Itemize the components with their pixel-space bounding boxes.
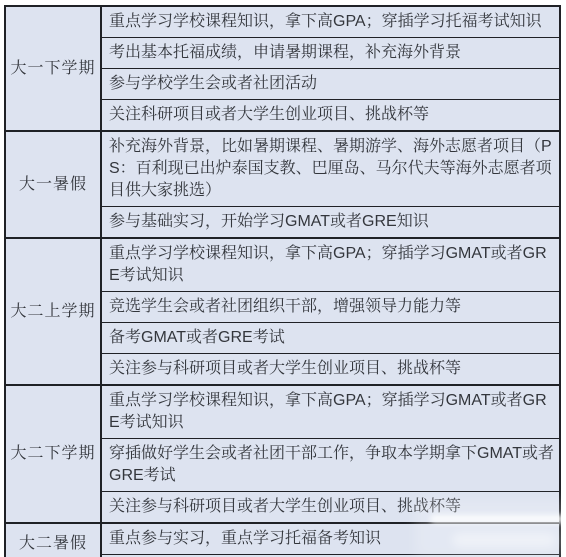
task-cell: 重点参与实习，重点学习托福备考知识 bbox=[101, 523, 560, 555]
period-label: 大二上学期 bbox=[5, 238, 101, 385]
period-label: 大二下学期 bbox=[5, 385, 101, 523]
task-cell: 竞选学生会或者社团组织干部，增强领导力能力等 bbox=[101, 292, 560, 323]
task-cell: 参与基础实习，开始学习GMAT或者GRE知识 bbox=[101, 207, 560, 239]
task-cell: 重点学习学校课程知识，拿下高GPA；穿插学习GMAT或者GRE考试知识 bbox=[101, 385, 560, 439]
task-cell: 关注参与科研项目或者大学生创业项目、挑战杯等 bbox=[101, 492, 560, 524]
period-label: 大一暑假 bbox=[5, 131, 101, 238]
task-cell: 重点学习学校课程知识，拿下高GPA；穿插学习GMAT或者GRE考试知识 bbox=[101, 238, 560, 292]
task-cell: 补充海外背景，比如暑期课程、暑期游学、海外志愿者项目（PS：百利现已出炉泰国支教… bbox=[101, 131, 560, 207]
period-label: 大一下学期 bbox=[5, 6, 101, 131]
task-cell: 参与学校学生会或者社团活动 bbox=[101, 69, 560, 100]
table-row: 大二暑假重点参与实习，重点学习托福备考知识 bbox=[5, 523, 560, 555]
study-plan-table: 大一下学期重点学习学校课程知识，拿下高GPA；穿插学习托福考试知识考出基本托福成… bbox=[4, 5, 561, 557]
page: { "colors": { "cell_bg": "#dde3f0", "bor… bbox=[0, 0, 566, 557]
task-cell: 关注科研项目或者大学生创业项目、挑战杯等 bbox=[101, 100, 560, 132]
task-cell: 穿插做好学生会或者社团干部工作，争取本学期拿下GMAT或者GRE考试 bbox=[101, 439, 560, 492]
task-cell: 重点学习学校课程知识，拿下高GPA；穿插学习托福考试知识 bbox=[101, 6, 560, 38]
task-cell: 考出基本托福成绩，申请暑期课程，补充海外背景 bbox=[101, 38, 560, 69]
study-plan-table-body: 大一下学期重点学习学校课程知识，拿下高GPA；穿插学习托福考试知识考出基本托福成… bbox=[5, 6, 560, 557]
table-row: 大二下学期重点学习学校课程知识，拿下高GPA；穿插学习GMAT或者GRE考试知识 bbox=[5, 385, 560, 439]
study-plan-screenshot: 大一下学期重点学习学校课程知识，拿下高GPA；穿插学习托福考试知识考出基本托福成… bbox=[0, 0, 566, 557]
table-row: 大一暑假补充海外背景，比如暑期课程、暑期游学、海外志愿者项目（PS：百利现已出炉… bbox=[5, 131, 560, 207]
task-cell: 备考GMAT或者GRE考试 bbox=[101, 323, 560, 354]
table-row: 大二上学期重点学习学校课程知识，拿下高GPA；穿插学习GMAT或者GRE考试知识 bbox=[5, 238, 560, 292]
period-label: 大二暑假 bbox=[5, 523, 101, 557]
table-row: 大一下学期重点学习学校课程知识，拿下高GPA；穿插学习托福考试知识 bbox=[5, 6, 560, 38]
task-cell: 关注参与科研项目或者大学生创业项目、挑战杯等 bbox=[101, 354, 560, 386]
